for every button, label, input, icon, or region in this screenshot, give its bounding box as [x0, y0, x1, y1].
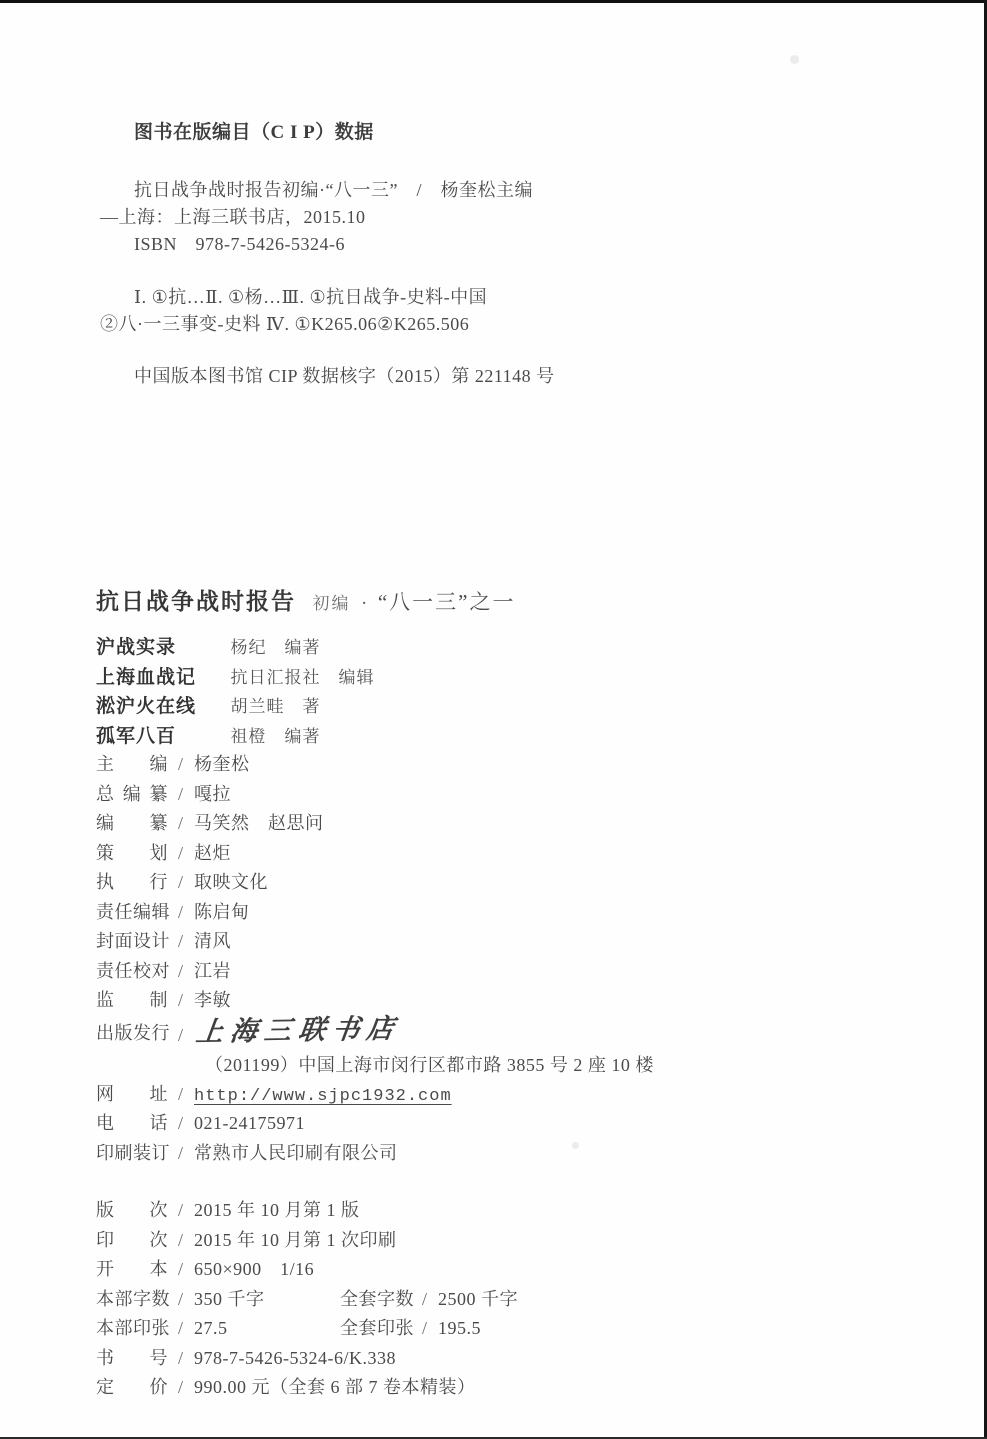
printer-label: 印刷装订: [96, 1139, 168, 1169]
slash-separator: /: [422, 1289, 427, 1309]
credit-label: 主编: [96, 750, 168, 780]
credit-value: 李敏: [194, 990, 231, 1010]
publisher-row: 出版发行/上海三联书店: [96, 1016, 896, 1050]
slash-separator: /: [178, 902, 183, 922]
credits-list: 主编/杨奎松 总编纂/嘎拉 编纂/马笑然 赵思问 策划/赵炬 执行/取映文化 责…: [96, 750, 896, 1168]
phone-row: 电话/021-24175971: [96, 1109, 896, 1139]
series-title-main: 抗日战争战时报告: [96, 589, 296, 614]
slash-separator: /: [178, 1318, 183, 1338]
credit-value: 马笑然 赵思问: [194, 813, 324, 833]
credit-value: 赵炬: [194, 843, 231, 863]
info-row-edition: 版次/2015 年 10 月第 1 版: [96, 1196, 896, 1226]
credit-label: 策划: [96, 839, 168, 869]
cip-publisher-line: —上海：上海三联书店，2015.10: [100, 203, 366, 229]
publisher-address: （201199）中国上海市闵行区都市路 3855 号 2 座 10 楼: [205, 1055, 654, 1075]
cip-title-line: 抗日战争战时报告初编·“八一三” / 杨奎松主编: [134, 176, 533, 202]
cip-block: 图书在版编目（C I P）数据 抗日战争战时报告初编·“八一三” / 杨奎松主编…: [96, 113, 816, 413]
credit-label: 监制: [96, 986, 168, 1016]
info-value: 27.5: [194, 1318, 228, 1338]
slash-separator: /: [178, 872, 183, 892]
info-value: 2015 年 10 月第 1 版: [194, 1200, 360, 1220]
cip-classification-line-2: ②八·一三事变-史料 Ⅳ. ①K265.06②K265.506: [100, 310, 469, 336]
slash-separator: /: [178, 1084, 183, 1104]
credit-value: 杨奎松: [194, 754, 250, 774]
book-author: 抗日汇报社 编辑: [231, 668, 375, 687]
scan-artifact: [790, 55, 799, 64]
book-row: 沪战实录 杨纪 编著: [96, 633, 375, 663]
publisher-label: 出版发行: [96, 1016, 168, 1050]
info-row-sheets: 本部印张/27.5 全套印张/195.5: [96, 1314, 896, 1344]
book-title: 上海血战记: [96, 663, 226, 693]
scan-edge-top: [0, 0, 987, 3]
slash-separator: /: [178, 1143, 183, 1163]
phone-number: 021-24175971: [194, 1113, 305, 1133]
credit-label: 封面设计: [96, 927, 168, 957]
credit-value: 嘎拉: [194, 784, 231, 804]
info-row-format: 开本/650×900 1/16: [96, 1255, 896, 1285]
website-label: 网址: [96, 1080, 168, 1110]
slash-separator: /: [178, 1200, 183, 1220]
slash-separator: /: [178, 843, 183, 863]
slash-separator: /: [178, 1348, 183, 1368]
slash-separator: /: [178, 1025, 183, 1045]
credit-value: 江岩: [194, 961, 231, 981]
book-row: 淞沪火在线 胡兰畦 著: [96, 692, 375, 722]
cip-classification-line-1: Ⅰ. ①抗…Ⅱ. ①杨…Ⅲ. ①抗日战争-史料-中国: [134, 283, 487, 309]
info-value: 2500 千字: [438, 1289, 518, 1309]
cip-heading: 图书在版编目（C I P）数据: [134, 117, 374, 144]
info-label: 印次: [96, 1226, 168, 1256]
book-title: 淞沪火在线: [96, 692, 226, 722]
info-label: 全套字数: [340, 1285, 412, 1315]
slash-separator: /: [178, 1259, 183, 1279]
credit-row: 执行/取映文化: [96, 868, 896, 898]
book-title: 沪战实录: [96, 633, 226, 663]
credit-label: 责任校对: [96, 957, 168, 987]
info-pair-secondary: 全套字数/2500 千字: [340, 1285, 518, 1315]
slash-separator: /: [178, 754, 183, 774]
book-author: 祖橙 编著: [231, 727, 321, 746]
credit-row: 主编/杨奎松: [96, 750, 896, 780]
credit-row: 封面设计/清风: [96, 927, 896, 957]
slash-separator: /: [178, 1377, 183, 1397]
info-value: 978-7-5426-5324-6/K.338: [194, 1348, 396, 1368]
slash-separator: /: [178, 990, 183, 1010]
info-label: 定价: [96, 1373, 168, 1403]
info-row-price: 定价/990.00 元（全套 6 部 7 卷本精装）: [96, 1373, 896, 1403]
credit-label: 总编纂: [96, 780, 168, 810]
book-row: 孤军八百 祖橙 编著: [96, 722, 375, 752]
slash-separator: /: [178, 961, 183, 981]
book-copyright-page: 图书在版编目（C I P）数据 抗日战争战时报告初编·“八一三” / 杨奎松主编…: [0, 0, 987, 1439]
credit-label: 执行: [96, 868, 168, 898]
series-title: 抗日战争战时报告 初编 · “八一三”之一: [96, 583, 515, 616]
cip-isbn-line: ISBN 978-7-5426-5324-6: [134, 230, 345, 256]
website-row: 网址/http://www.sjpc1932.com: [96, 1080, 896, 1110]
credit-row: 策划/赵炬: [96, 839, 896, 869]
info-label: 书号: [96, 1344, 168, 1374]
book-row: 上海血战记 抗日汇报社 编辑: [96, 663, 375, 693]
slash-separator: /: [178, 931, 183, 951]
book-author: 胡兰畦 著: [231, 697, 321, 716]
info-label: 开本: [96, 1255, 168, 1285]
book-title: 孤军八百: [96, 722, 226, 752]
printer-name: 常熟市人民印刷有限公司: [194, 1143, 398, 1163]
info-value: 650×900 1/16: [194, 1259, 314, 1279]
print-info: 版次/2015 年 10 月第 1 版 印次/2015 年 10 月第 1 次印…: [96, 1196, 896, 1403]
info-value: 195.5: [438, 1318, 481, 1338]
slash-separator: /: [422, 1318, 427, 1338]
info-value: 2015 年 10 月第 1 次印刷: [194, 1230, 397, 1250]
credit-row: 监制/李敏: [96, 986, 896, 1016]
slash-separator: /: [178, 1230, 183, 1250]
info-label: 本部字数: [96, 1285, 168, 1315]
info-value: 350 千字: [194, 1289, 265, 1309]
phone-label: 电话: [96, 1109, 168, 1139]
credit-row: 责任编辑/陈启甸: [96, 898, 896, 928]
info-label: 全套印张: [340, 1314, 412, 1344]
credit-row: 总编纂/嘎拉: [96, 780, 896, 810]
publisher-logo-calligraphy: 上海三联书店: [194, 1012, 403, 1050]
series-title-dot: ·: [361, 593, 367, 614]
credit-value: 清风: [194, 931, 231, 951]
credit-value: 陈启甸: [194, 902, 250, 922]
slash-separator: /: [178, 1113, 183, 1133]
credit-label: 编纂: [96, 809, 168, 839]
info-row-wordcount: 本部字数/350 千字 全套字数/2500 千字: [96, 1285, 896, 1315]
info-label: 本部印张: [96, 1314, 168, 1344]
info-row-isbn: 书号/978-7-5426-5324-6/K.338: [96, 1344, 896, 1374]
info-value: 990.00 元（全套 6 部 7 卷本精装）: [194, 1377, 476, 1397]
series-subtitle: “八一三”之一: [378, 590, 516, 614]
slash-separator: /: [178, 813, 183, 833]
series-edition-label: 初编: [313, 594, 351, 613]
cip-record-number-line: 中国版本图书馆 CIP 数据核字（2015）第 221148 号: [134, 362, 555, 388]
slash-separator: /: [178, 1289, 183, 1309]
printer-row: 印刷装订/常熟市人民印刷有限公司: [96, 1139, 896, 1169]
credit-value: 取映文化: [194, 872, 268, 892]
slash-separator: /: [178, 784, 183, 804]
info-label: 版次: [96, 1196, 168, 1226]
credit-row: 责任校对/江岩: [96, 957, 896, 987]
credit-row: 编纂/马笑然 赵思问: [96, 809, 896, 839]
website-url: http://www.sjpc1932.com: [194, 1087, 452, 1106]
info-row-impression: 印次/2015 年 10 月第 1 次印刷: [96, 1226, 896, 1256]
info-pair-secondary: 全套印张/195.5: [340, 1314, 481, 1344]
credit-label: 责任编辑: [96, 898, 168, 928]
book-author: 杨纪 编著: [231, 638, 321, 657]
book-list: 沪战实录 杨纪 编著 上海血战记 抗日汇报社 编辑 淞沪火在线 胡兰畦 著 孤军…: [96, 633, 375, 751]
publisher-address-row: （201199）中国上海市闵行区都市路 3855 号 2 座 10 楼: [96, 1050, 896, 1080]
